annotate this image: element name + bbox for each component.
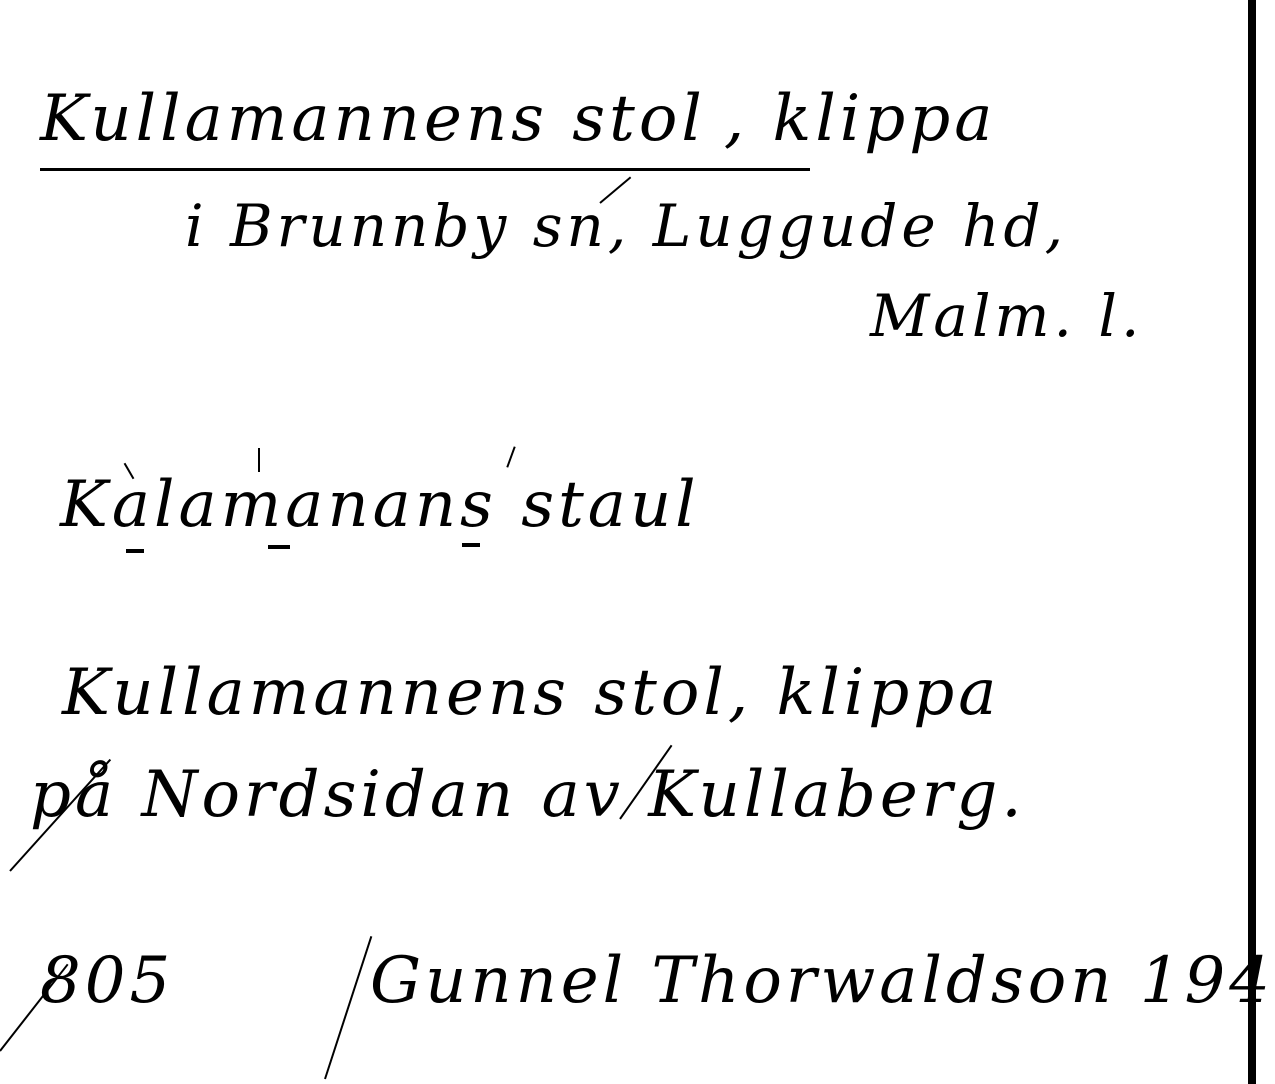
pen-stroke: [324, 936, 372, 1079]
phonetic-mark-3: [462, 543, 480, 547]
phonetic-mark-2: [268, 545, 290, 549]
collector-signature: Gunnel Thorwaldson 1945.: [370, 944, 1275, 1018]
record-number: 805: [40, 944, 174, 1018]
phonetic-transcription: Kalamanans staul: [60, 468, 700, 542]
place-name-underlined: Kullamannens stol: [40, 82, 706, 156]
accent-mark-3: [506, 446, 515, 467]
location-line-3: Malm. l.: [870, 282, 1143, 350]
description-line-1: Kullamannens stol, klippa: [62, 656, 1000, 730]
description-line-2: på Nordsidan av Kullaberg.: [30, 758, 1026, 832]
title-underline: [40, 168, 810, 171]
page-edge-border: [1248, 0, 1256, 1084]
accent-mark-2: [258, 448, 260, 472]
archive-slip: Kullamannens stol, klippa i Brunnby sn, …: [0, 0, 1275, 1084]
place-type: , klippa: [724, 82, 997, 156]
title-line-1: Kullamannens stol, klippa: [40, 82, 996, 156]
phonetic-mark-1: [126, 549, 144, 553]
location-line-2: i Brunnby sn, Luggude hd,: [185, 192, 1067, 260]
